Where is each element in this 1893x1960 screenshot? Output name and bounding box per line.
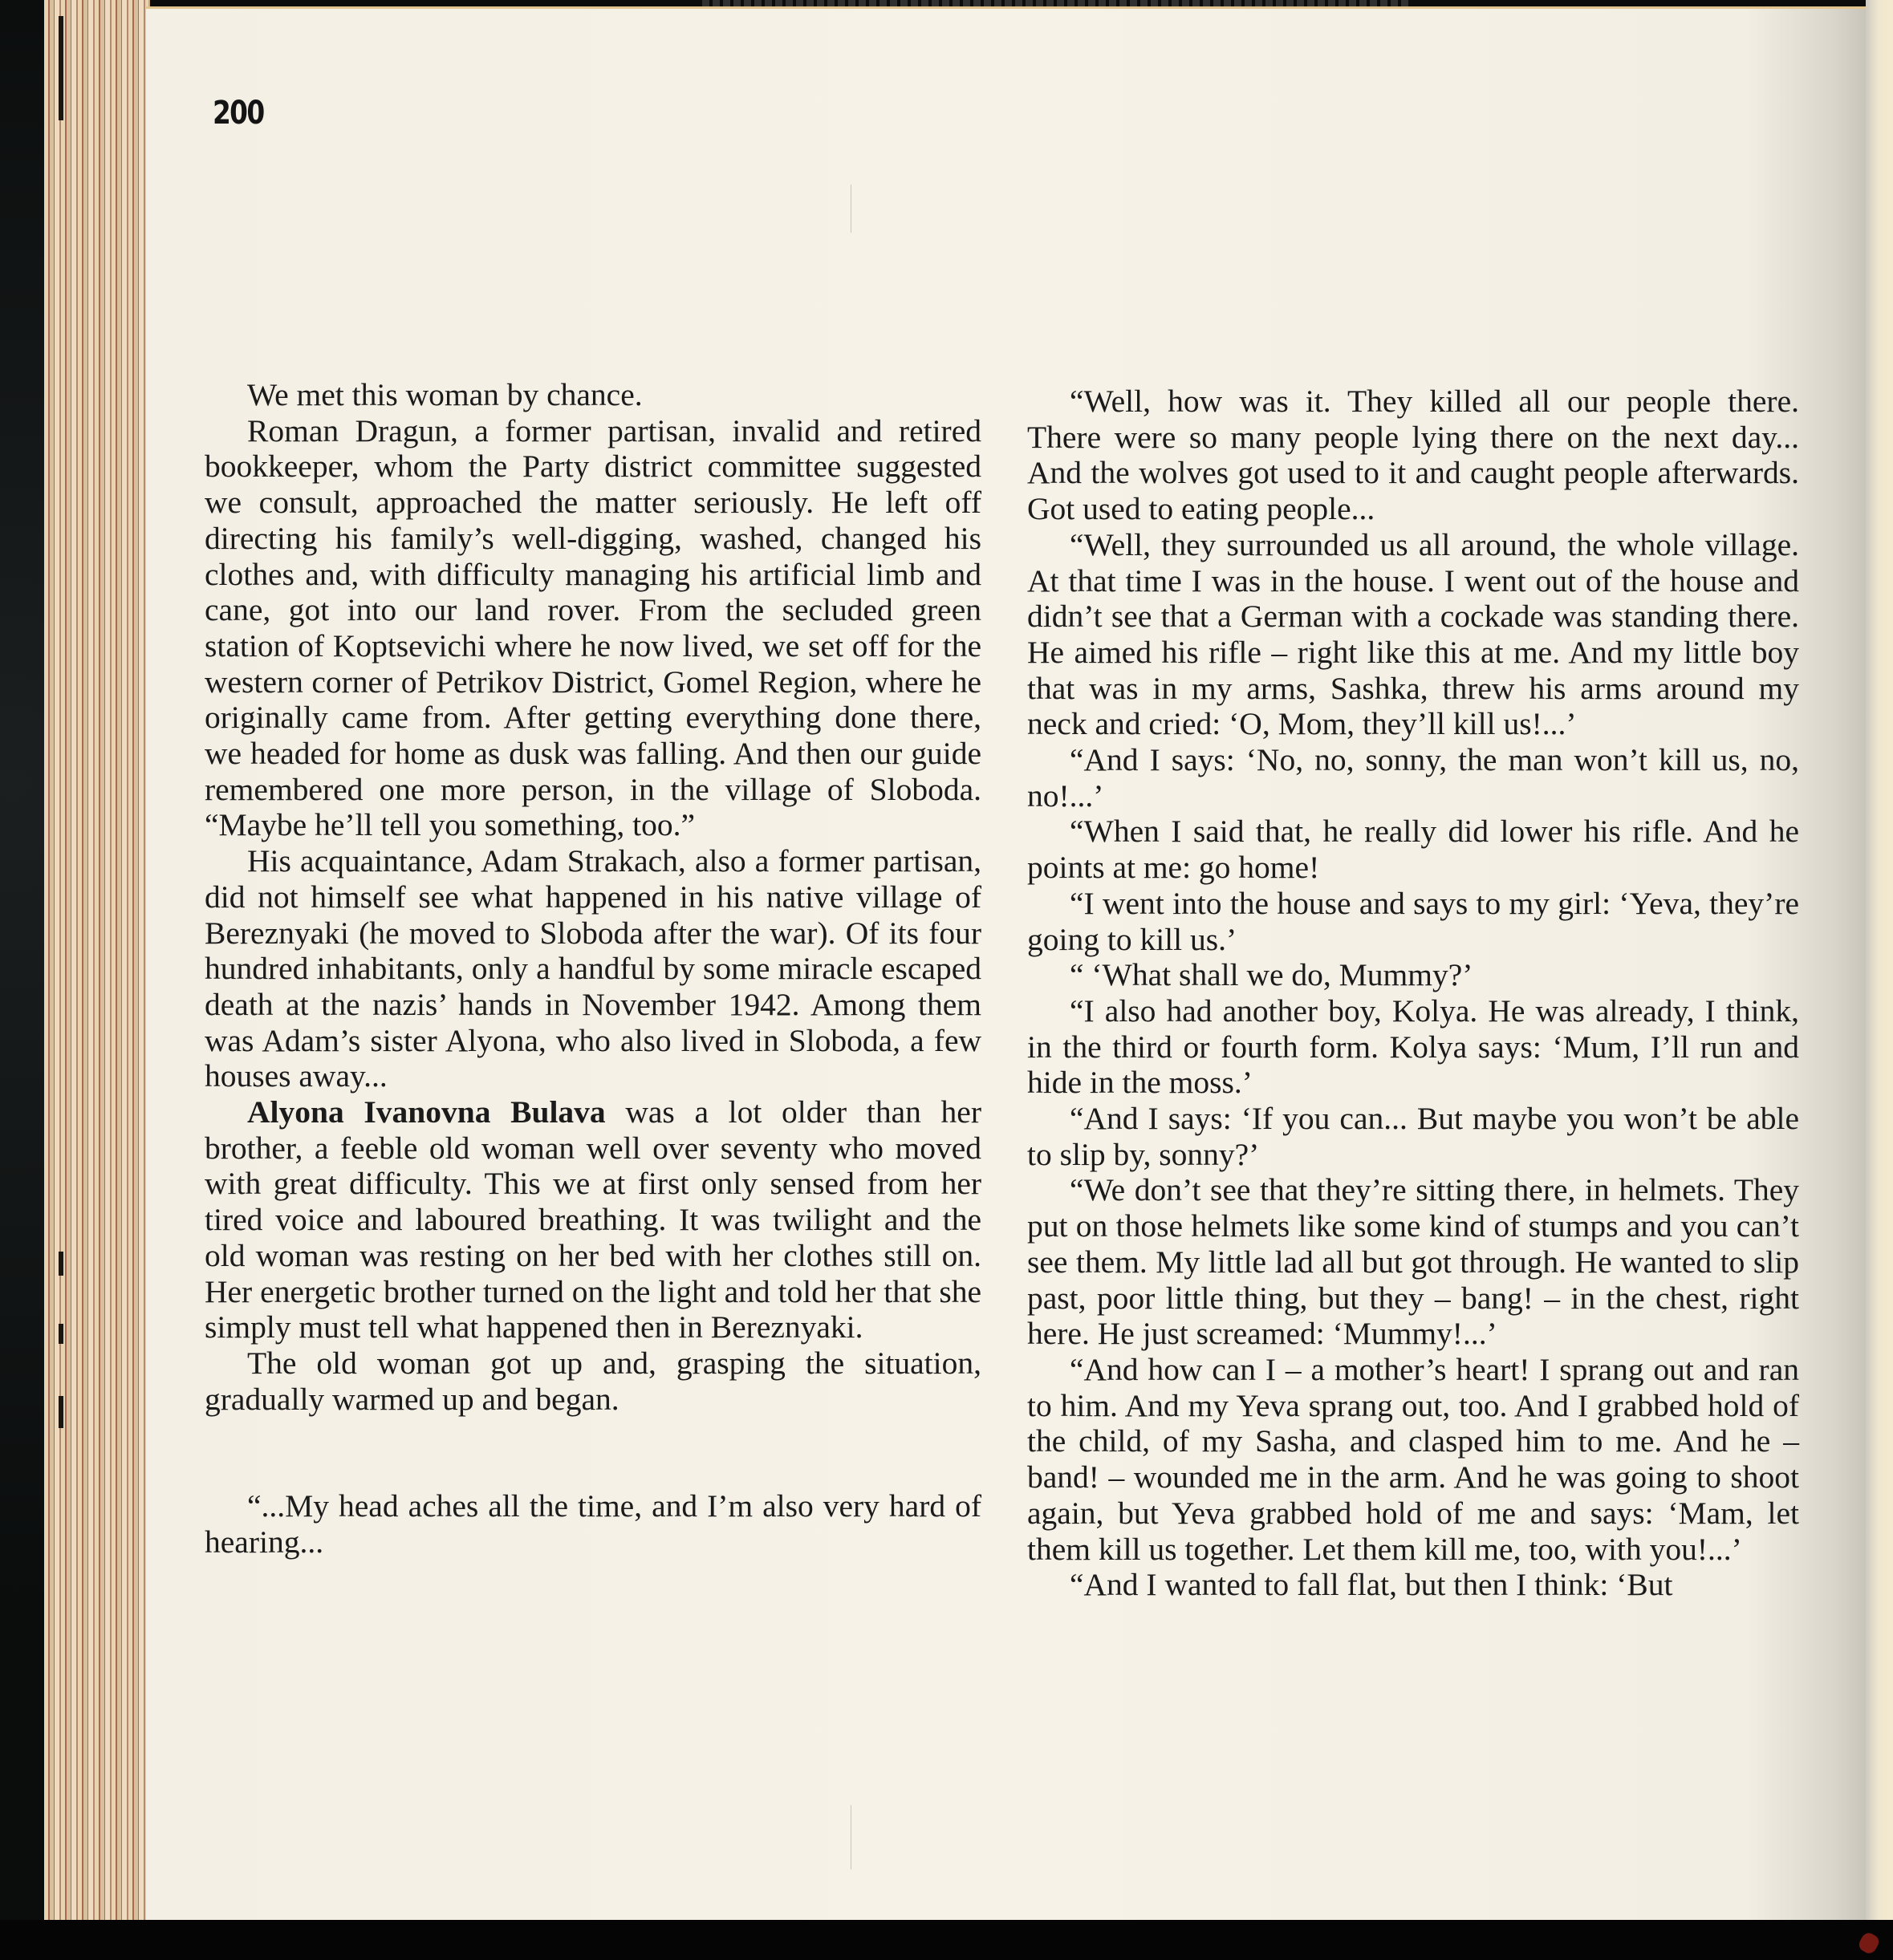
paragraph: “ ‘What shall we do, Mummy?’ bbox=[1027, 957, 1799, 993]
spine-mark bbox=[59, 1252, 63, 1276]
paragraph: His acquaintance, Adam Strakach, also a … bbox=[205, 843, 981, 1094]
paragraph: We met this woman by chance. bbox=[205, 377, 981, 413]
paragraph-with-name: Alyona Ivanovna Bulava was a lot older t… bbox=[205, 1094, 981, 1345]
page-stack-edges bbox=[44, 0, 150, 1921]
running-head-cutoff bbox=[702, 0, 1408, 6]
bottom-background bbox=[0, 1920, 1893, 1960]
paragraph: “And I says: ‘No, no, sonny, the man won… bbox=[1027, 742, 1799, 814]
paragraph: “And I says: ‘If you can... But maybe yo… bbox=[1027, 1101, 1799, 1172]
paragraph: Roman Dragun, a former partisan, invalid… bbox=[205, 413, 981, 843]
book-cover-left bbox=[0, 0, 50, 1960]
spine-mark bbox=[59, 1396, 63, 1428]
right-text-column: “Well, how was it. They killed all our p… bbox=[1027, 383, 1799, 1603]
section-gap bbox=[205, 1417, 981, 1488]
fold-crease bbox=[851, 185, 851, 233]
paragraph: “We don’t see that they’re sitting there… bbox=[1027, 1172, 1799, 1352]
spine-mark bbox=[59, 1324, 63, 1344]
paragraph: “When I said that, he really did lower h… bbox=[1027, 814, 1799, 885]
spine-mark bbox=[59, 16, 63, 120]
paragraph: “And I wanted to fall flat, but then I t… bbox=[1027, 1567, 1799, 1603]
paragraph: “And how can I – a mother’s heart! I spr… bbox=[1027, 1352, 1799, 1567]
paragraph: The old woman got up and, grasping the s… bbox=[205, 1345, 981, 1417]
paragraph: “I also had another boy, Kolya. He was a… bbox=[1027, 993, 1799, 1101]
left-text-column: We met this woman by chance. Roman Dragu… bbox=[205, 377, 981, 1560]
paragraph: “Well, how was it. They killed all our p… bbox=[1027, 383, 1799, 527]
fold-crease bbox=[851, 1805, 851, 1869]
paragraph: “I went into the house and says to my gi… bbox=[1027, 886, 1799, 957]
testimony-start: “...My head aches all the time, and I’m … bbox=[205, 1488, 981, 1560]
subject-name: Alyona Ivanovna Bulava bbox=[247, 1094, 606, 1130]
paragraph-text: was a lot older than her brother, a feeb… bbox=[205, 1094, 981, 1345]
page-number: 200 bbox=[213, 95, 264, 132]
facing-page-edge bbox=[1866, 0, 1893, 1960]
paragraph: “Well, they surrounded us all around, th… bbox=[1027, 527, 1799, 742]
